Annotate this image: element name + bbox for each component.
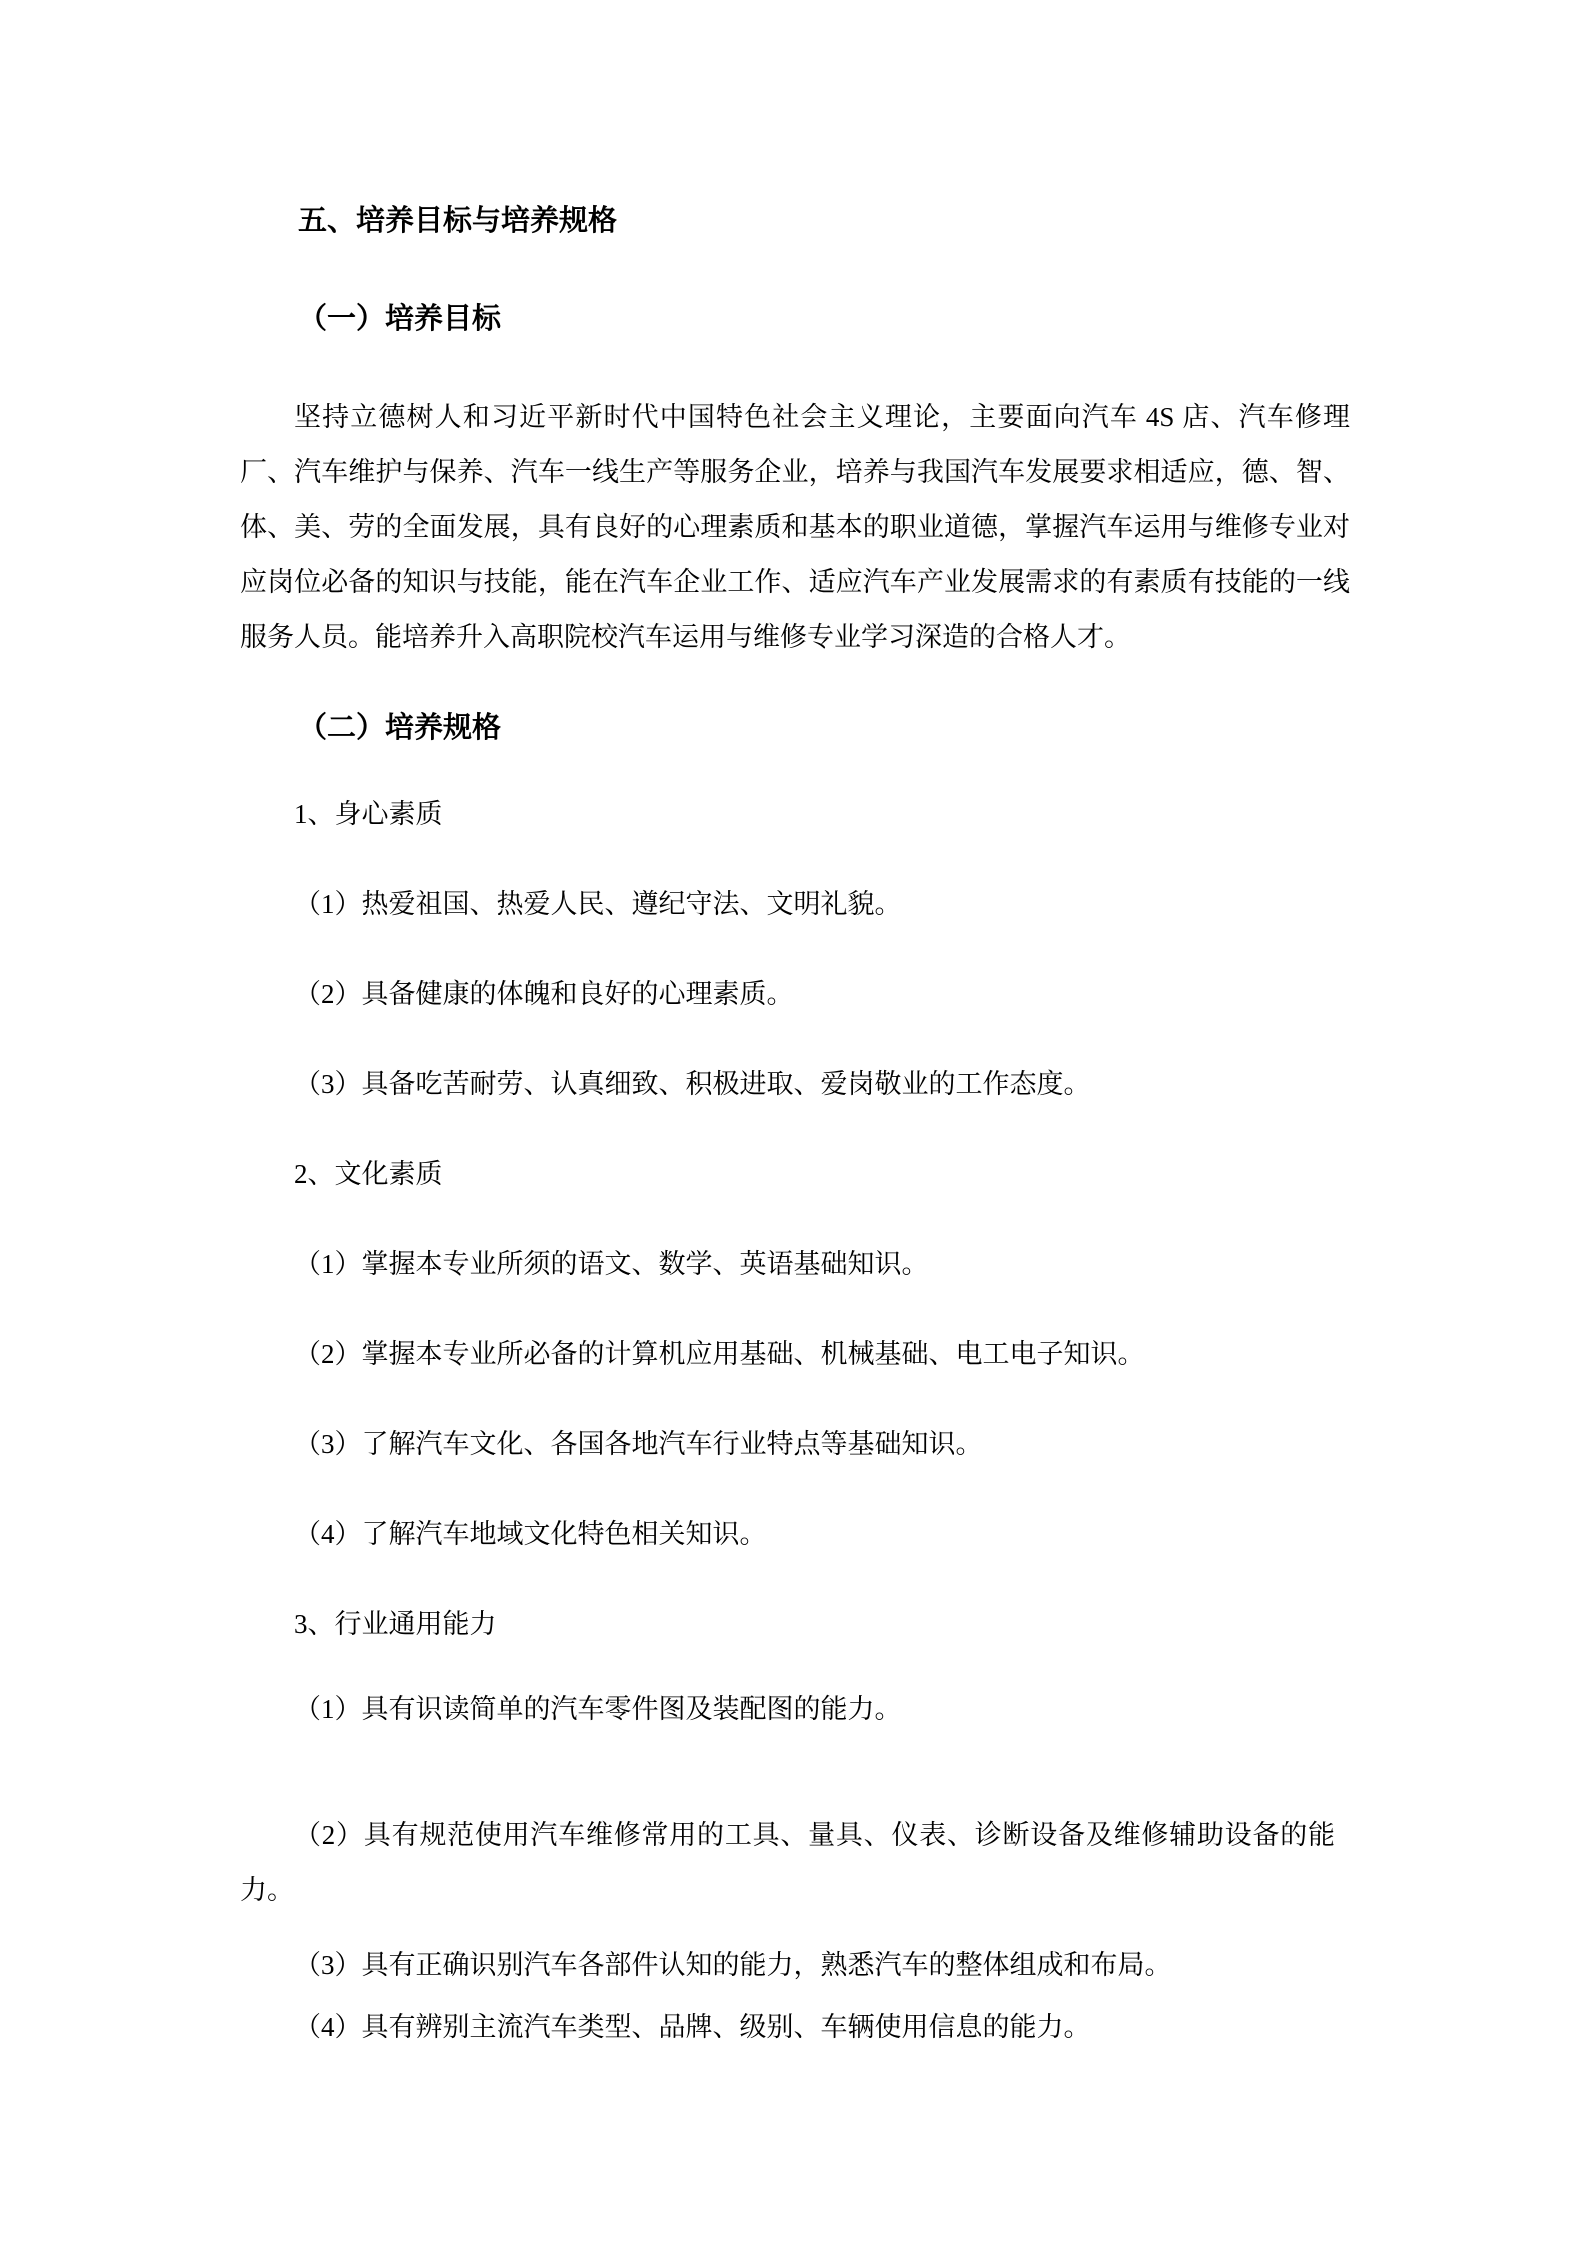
group-2-item-1: （1）掌握本专业所须的语文、数学、英语基础知识。 — [240, 1242, 1350, 1286]
group-3-item-3: （3）具有正确识别汽车各部件认知的能力，熟悉汽车的整体组成和布局。 — [240, 1943, 1350, 1987]
group-1-item-2: （2）具备健康的体魄和良好的心理素质。 — [240, 972, 1350, 1016]
group-2-item-2: （2）掌握本专业所必备的计算机应用基础、机械基础、电工电子知识。 — [240, 1332, 1350, 1376]
group-2-item-3: （3）了解汽车文化、各国各地汽车行业特点等基础知识。 — [240, 1422, 1350, 1466]
group-3-label: 3、行业通用能力 — [240, 1602, 1350, 1646]
document-page: 五、培养目标与培养规格 （一）培养目标 坚持立德树人和习近平新时代中国特色社会主… — [0, 0, 1587, 2245]
section-2-title: （二）培养规格 — [240, 707, 1350, 749]
group-2-item-4: （4）了解汽车地域文化特色相关知识。 — [240, 1512, 1350, 1556]
group-2-label: 2、文化素质 — [240, 1152, 1350, 1196]
section-1-title: （一）培养目标 — [240, 298, 1350, 340]
training-objective-paragraph: 坚持立德树人和习近平新时代中国特色社会主义理论，主要面向汽车 4S 店、汽车修理… — [240, 390, 1350, 665]
group-3-item-1: （1）具有识读简单的汽车零件图及装配图的能力。 — [240, 1687, 1350, 1731]
group-1-item-3: （3）具备吃苦耐劳、认真细致、积极进取、爱岗敬业的工作态度。 — [240, 1062, 1350, 1106]
group-3-item-4: （4）具有辨别主流汽车类型、品牌、级别、车辆使用信息的能力。 — [240, 2005, 1350, 2049]
main-heading: 五、培养目标与培养规格 — [240, 200, 1350, 242]
group-1-label: 1、身心素质 — [240, 792, 1350, 836]
group-3-item-2: （2）具有规范使用汽车维修常用的工具、量具、仪表、诊断设备及维修辅助设备的能力。 — [240, 1808, 1335, 1918]
group-1-item-1: （1）热爱祖国、热爱人民、遵纪守法、文明礼貌。 — [240, 882, 1350, 926]
